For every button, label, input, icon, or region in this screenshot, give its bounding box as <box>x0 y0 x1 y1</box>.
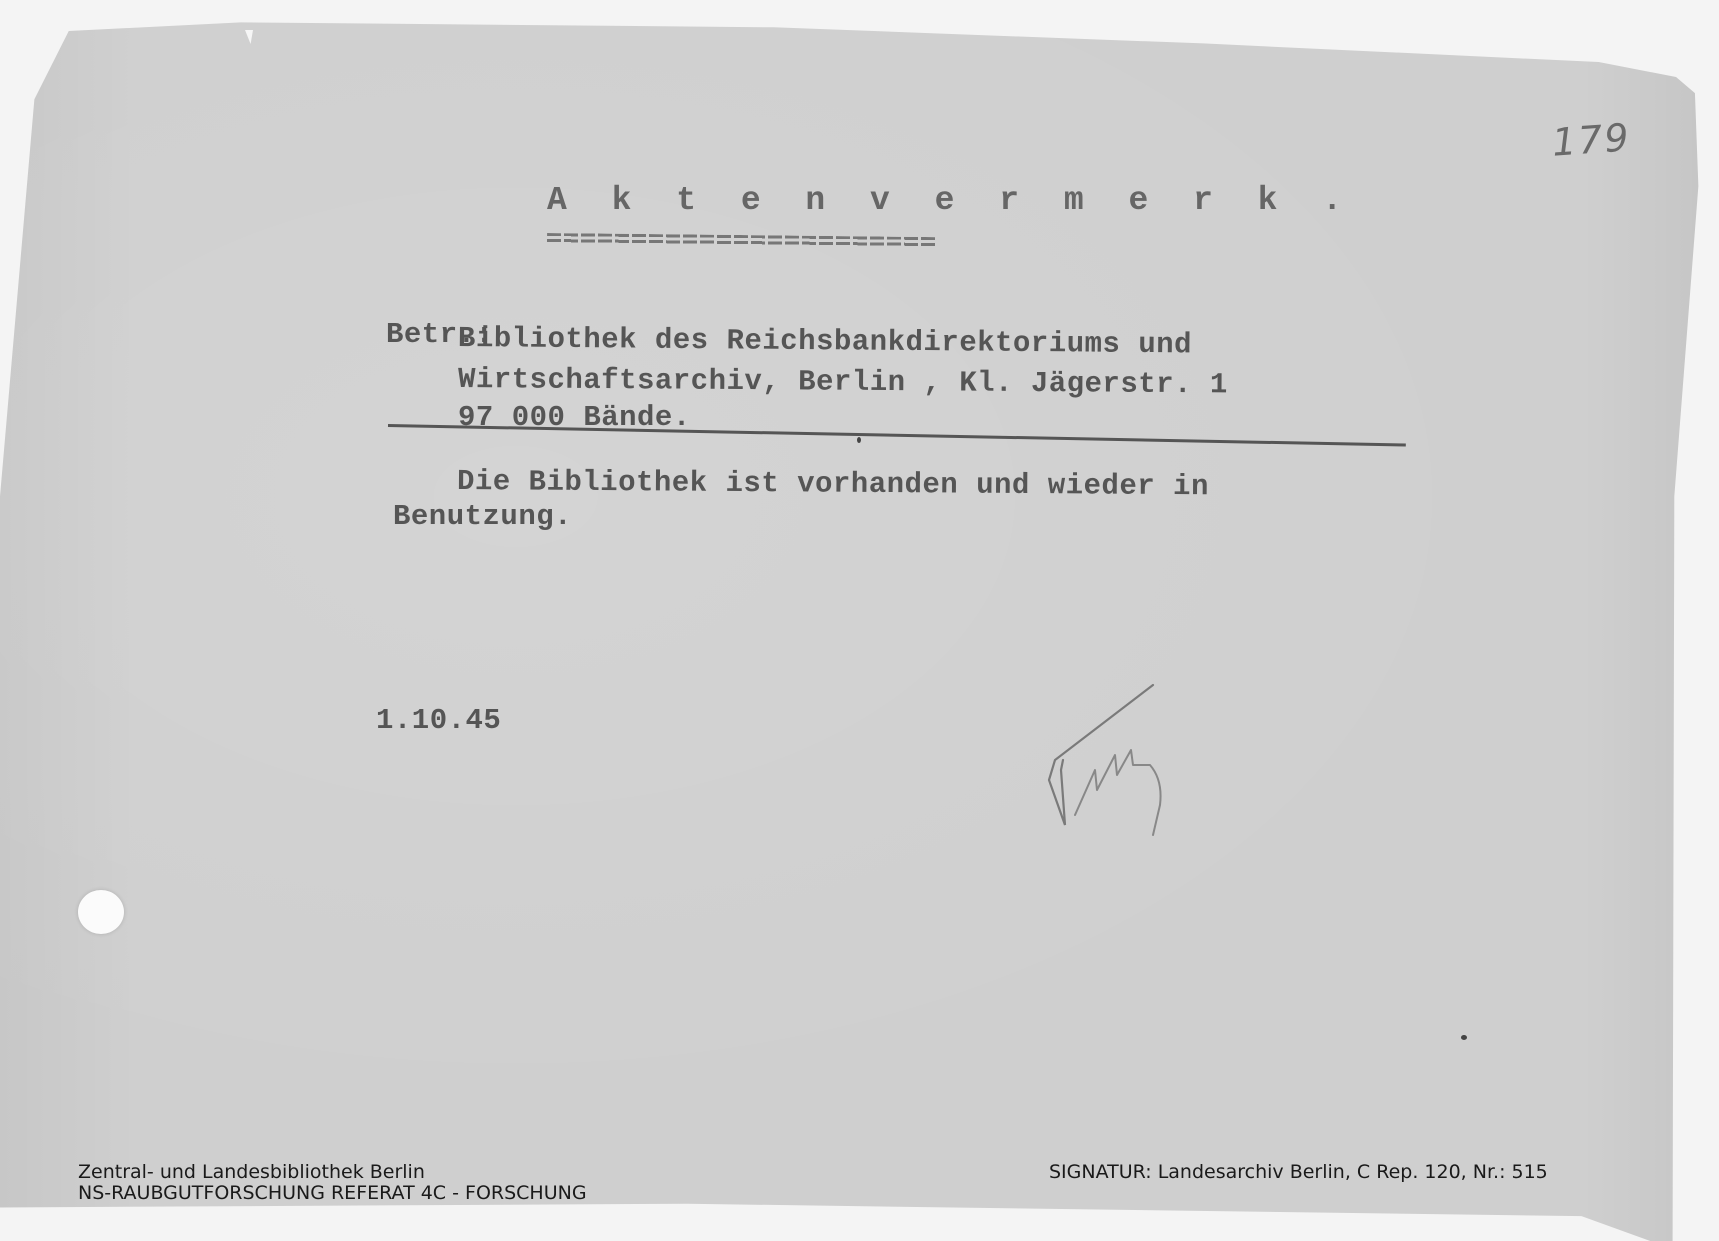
handwritten-page-number: 179 <box>1551 115 1632 164</box>
footer-signature: SIGNATUR: Landesarchiv Berlin, C Rep. 12… <box>1049 1162 1548 1183</box>
footer-institution: Zentral- und Landesbibliothek Berlin NS-… <box>78 1162 587 1204</box>
document-date: 1.10.45 <box>376 704 501 737</box>
footer-line: Zentral- und Landesbibliothek Berlin <box>78 1162 587 1183</box>
ink-speck <box>857 437 861 443</box>
punch-hole <box>78 890 124 934</box>
ink-speck <box>1461 1035 1467 1040</box>
body-line: Die Bibliothek ist vorhanden und wieder … <box>457 465 1209 503</box>
footer-line: NS-RAUBGUTFORSCHUNG REFERAT 4C - FORSCHU… <box>78 1183 587 1204</box>
subject-line: Bibliothek des Reichsbankdirektoriums un… <box>458 322 1192 361</box>
body-line: Benutzung. <box>393 500 572 533</box>
subject-line: Wirtschaftsarchiv, Berlin , Kl. Jägerstr… <box>458 363 1228 401</box>
signature <box>1035 680 1215 845</box>
document-title: A k t e n v e r m e r k . <box>547 182 1355 219</box>
